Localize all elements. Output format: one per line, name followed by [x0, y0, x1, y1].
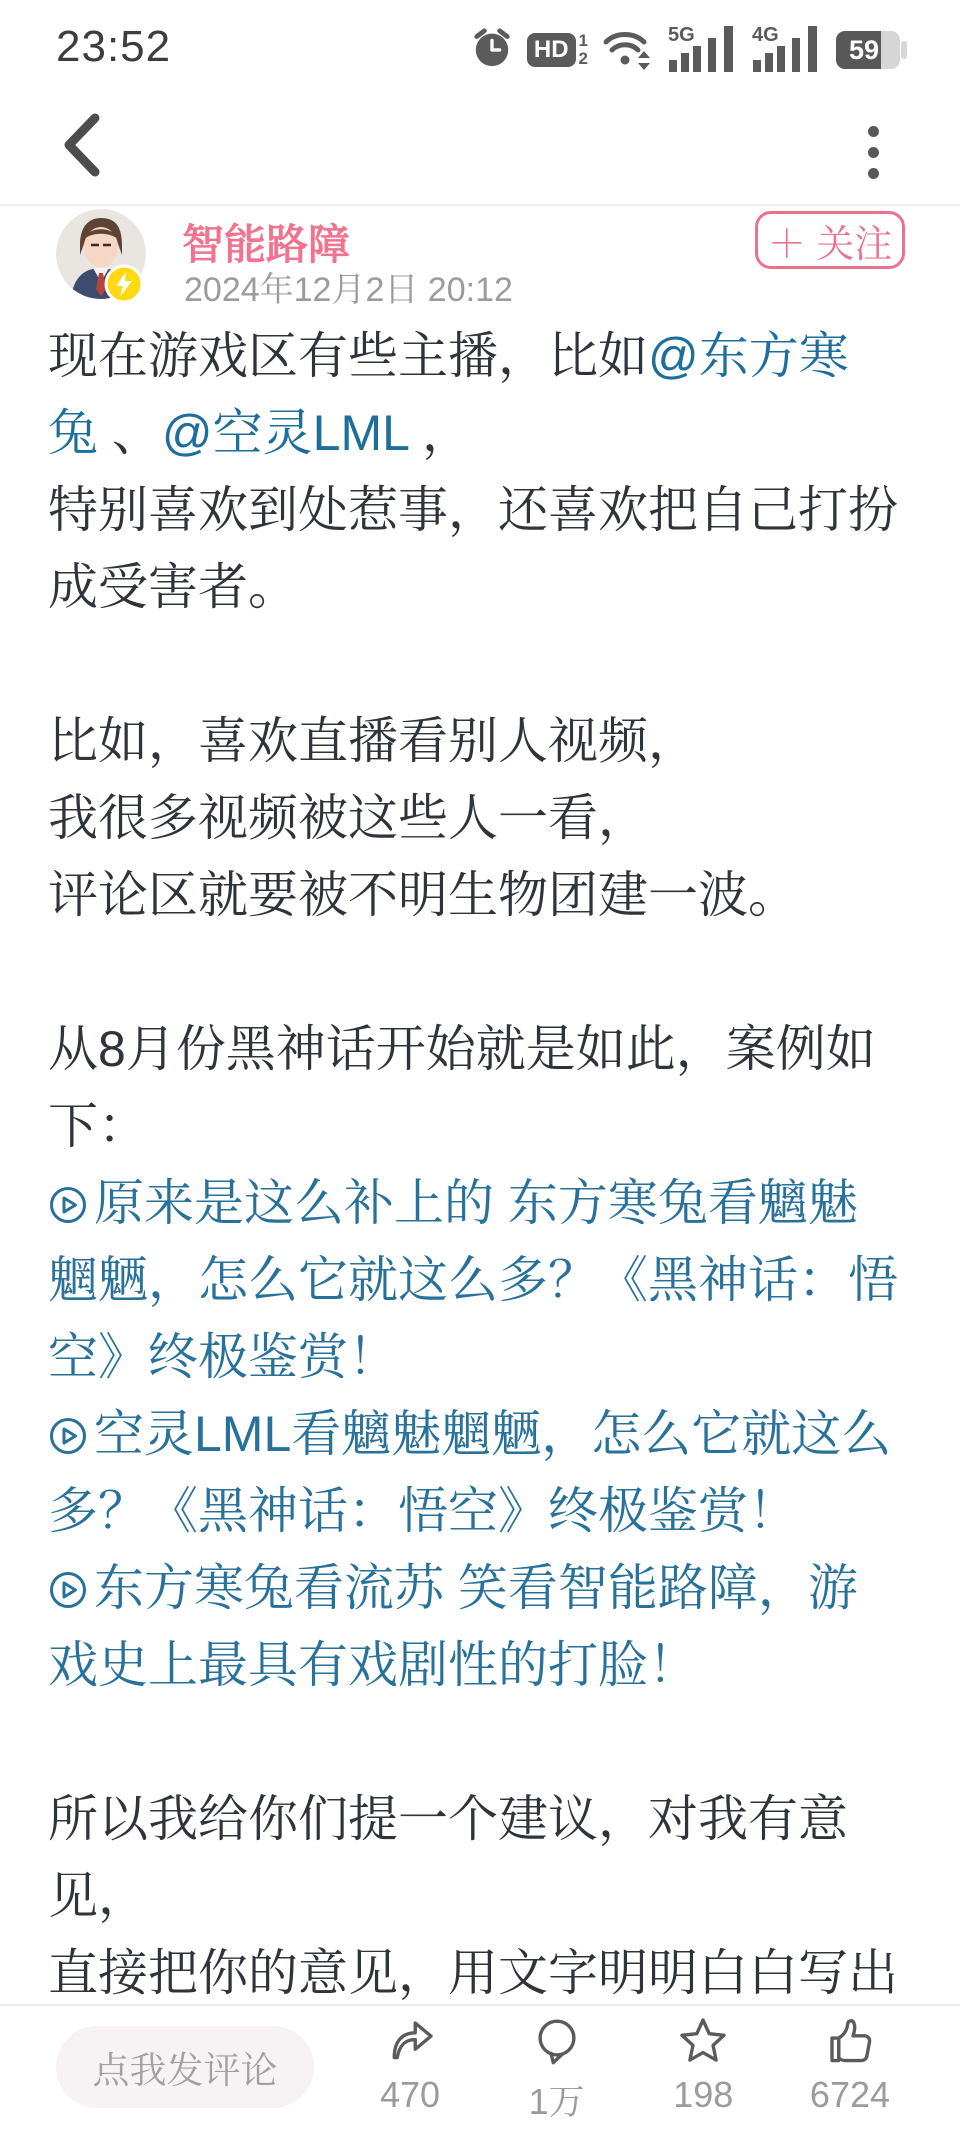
mention-link[interactable]: @空灵LML	[162, 405, 408, 461]
svg-text:4G: 4G	[752, 24, 779, 46]
content-line: 魍魉，怎么它就这么多？《黑神话：悟	[48, 1242, 914, 1319]
text-segment: 成受害者。	[48, 559, 298, 615]
content-line: 评论区就要被不明生物团建一波。	[48, 857, 914, 934]
content-line: 见，	[48, 1858, 914, 1935]
content-line: 特别喜欢到处惹事，还喜欢把自己打扮	[48, 472, 914, 549]
action-bar: 4701万1986724	[340, 2014, 920, 2125]
share-count: 470	[380, 2074, 440, 2116]
video-link[interactable]: 多？《黑神话：悟空》终极鉴赏！	[48, 1483, 798, 1539]
text-segment: 所以我给你们提一个建议，对我有意	[48, 1791, 848, 1847]
favorite-count: 198	[673, 2074, 733, 2116]
text-segment: 比如，喜欢直播看别人视频，	[48, 713, 698, 769]
content-line: 我很多视频被这些人一看，	[48, 780, 914, 857]
content-line: 从8月份黑神话开始就是如此，案例如	[48, 1011, 914, 1088]
content-line: 直接把你的意见，用文字明明白白写出	[48, 1935, 914, 2012]
back-button[interactable]	[58, 112, 104, 178]
play-icon	[48, 1416, 88, 1456]
video-link[interactable]: 魍魉，怎么它就这么多？《黑神话：悟	[48, 1252, 898, 1308]
content-line: 成受害者。	[48, 549, 914, 626]
favorite-button[interactable]: 198	[633, 2014, 773, 2125]
content-line: 比如，喜欢直播看别人视频，	[48, 703, 914, 780]
comment-input[interactable]: 点我发评论	[56, 2026, 314, 2108]
text-segment: 现在游戏区有些主播，比如	[48, 328, 648, 384]
play-icon	[48, 1570, 88, 1610]
alarm-icon	[471, 26, 513, 75]
content-line: 原来是这么补上的 东方寒兔看魑魅	[48, 1165, 914, 1242]
content-line: 戏史上最具有戏剧性的打脸！	[48, 1627, 914, 1704]
text-segment: 从8月份黑神话开始就是如此，案例如	[48, 1021, 876, 1077]
like-icon	[823, 2014, 877, 2073]
like-count: 6724	[810, 2074, 890, 2116]
content-line: 东方寒兔看流苏 笑看智能路障，游	[48, 1550, 914, 1627]
text-segment: 、	[98, 405, 162, 461]
content-line: 空灵LML看魑魅魍魉，怎么它就这么	[48, 1396, 914, 1473]
text-segment: 特别喜欢到处惹事，还喜欢把自己打扮	[48, 482, 898, 538]
blank-line	[48, 1704, 914, 1781]
svg-text:5G: 5G	[668, 24, 695, 46]
play-icon	[48, 1185, 88, 1225]
comment-button[interactable]: 1万	[487, 2014, 627, 2125]
bottom-bar: 点我发评论 4701万1986724	[0, 2004, 960, 2146]
lightning-badge-icon	[104, 264, 144, 304]
mention-link[interactable]: @东方寒	[648, 328, 849, 384]
text-segment: 下：	[48, 1098, 148, 1154]
hd-icon: HD 12	[527, 32, 588, 68]
like-button[interactable]: 6724	[780, 2014, 920, 2125]
more-menu-button[interactable]	[868, 116, 882, 189]
favorite-icon	[676, 2014, 730, 2073]
mention-link[interactable]: 兔	[48, 405, 98, 461]
share-button[interactable]: 470	[340, 2014, 480, 2125]
signal-4g-icon: 4G	[752, 24, 822, 77]
content-line: 现在游戏区有些主播，比如@东方寒	[48, 318, 914, 395]
video-link[interactable]: 空》终极鉴赏！	[48, 1329, 398, 1385]
post-date: 2024年12月2日 20:12	[184, 262, 513, 311]
video-link[interactable]: 空灵LML看魑魅魍魉，怎么它就这么	[94, 1406, 891, 1462]
follow-button[interactable]: ＋ 关注	[755, 211, 905, 269]
content-line: 空》终极鉴赏！	[48, 1319, 914, 1396]
video-link[interactable]: 东方寒兔看流苏 笑看智能路障，游	[94, 1560, 858, 1616]
content-line: 多？《黑神话：悟空》终极鉴赏！	[48, 1473, 914, 1550]
battery-icon: 59	[836, 31, 900, 69]
comment-count: 1万	[529, 2074, 585, 2125]
post-header: 智能路障 2024年12月2日 20:12 ＋ 关注	[0, 204, 960, 320]
text-segment: ，	[408, 405, 472, 461]
signal-5g-icon: 5G	[668, 24, 738, 77]
text-segment: 我很多视频被这些人一看，	[48, 790, 648, 846]
blank-line	[48, 934, 914, 1011]
post-content: 现在游戏区有些主播，比如@东方寒兔 、@空灵LML ，特别喜欢到处惹事，还喜欢把…	[48, 318, 914, 2012]
video-link[interactable]: 原来是这么补上的 东方寒兔看魑魅	[94, 1175, 858, 1231]
wifi-icon	[602, 26, 654, 75]
text-segment: 评论区就要被不明生物团建一波。	[48, 867, 798, 923]
text-segment: 见，	[48, 1868, 148, 1924]
share-icon	[383, 2014, 437, 2073]
status-time: 23:52	[56, 22, 171, 72]
comment-icon	[530, 2014, 584, 2073]
content-line: 下：	[48, 1088, 914, 1165]
screen: 23:52 HD 12 5G 4G 59	[0, 0, 960, 2146]
content-line: 所以我给你们提一个建议，对我有意	[48, 1781, 914, 1858]
video-link[interactable]: 戏史上最具有戏剧性的打脸！	[48, 1637, 698, 1693]
status-bar-icons: HD 12 5G 4G 59	[471, 24, 906, 76]
content-line: 兔 、@空灵LML ，	[48, 395, 914, 472]
blank-line	[48, 626, 914, 703]
text-segment: 直接把你的意见，用文字明明白白写出	[48, 1945, 898, 2001]
